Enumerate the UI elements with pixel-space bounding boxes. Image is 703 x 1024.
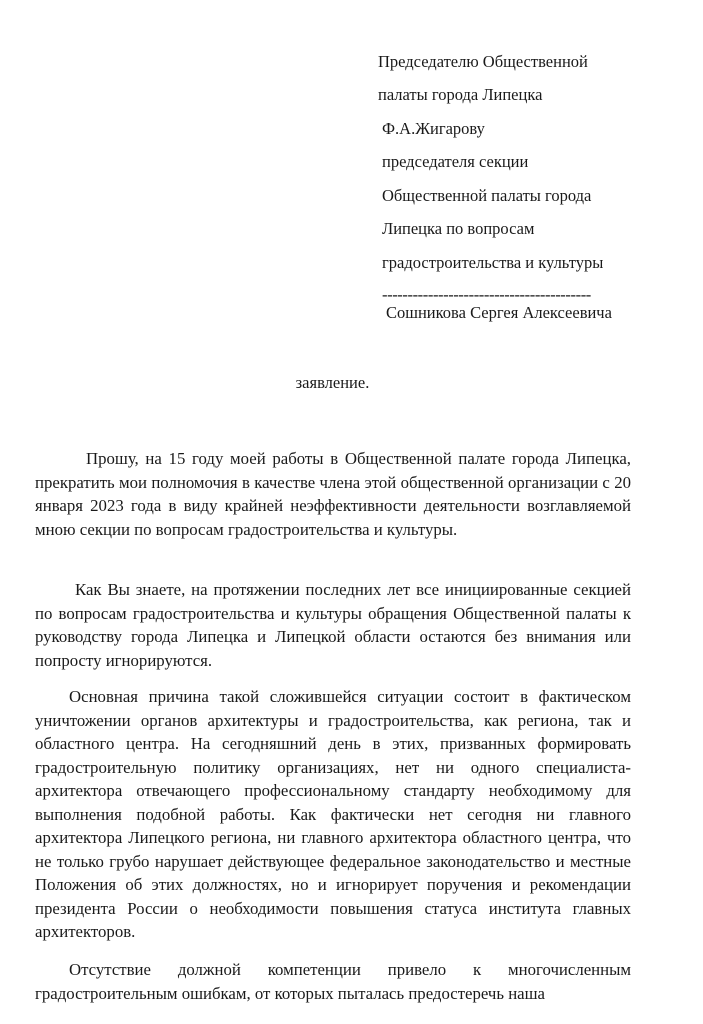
paragraph-3: Основная причина такой сложившейся ситуа… <box>35 685 631 944</box>
addressee-line: председателя секции <box>382 152 528 172</box>
document-page: Председателю Общественной палаты города … <box>0 0 703 1024</box>
addressee-line: Ф.А.Жигарову <box>382 119 485 139</box>
paragraph-1: Прошу, на 15 году моей работы в Обществе… <box>35 447 631 541</box>
paragraph-4: Отсутствие должной компетенции привело к… <box>35 958 631 1005</box>
addressee-line: палаты города Липецка <box>378 85 542 105</box>
addressee-line: Липецка по вопросам <box>382 219 534 239</box>
addressee-line: Председателю Общественной <box>378 52 588 72</box>
paragraph-2: Как Вы знаете, на протяжении последних л… <box>35 578 631 672</box>
sender-name: Сошникова Сергея Алексеевича <box>386 303 612 323</box>
document-title: заявление. <box>0 373 703 393</box>
addressee-line: Общественной палаты города <box>382 186 591 206</box>
document-title-text: заявление. <box>296 373 370 392</box>
addressee-line: градостроительства и культуры <box>382 253 603 273</box>
signature-dash-line: ----------------------------------------… <box>382 285 591 305</box>
